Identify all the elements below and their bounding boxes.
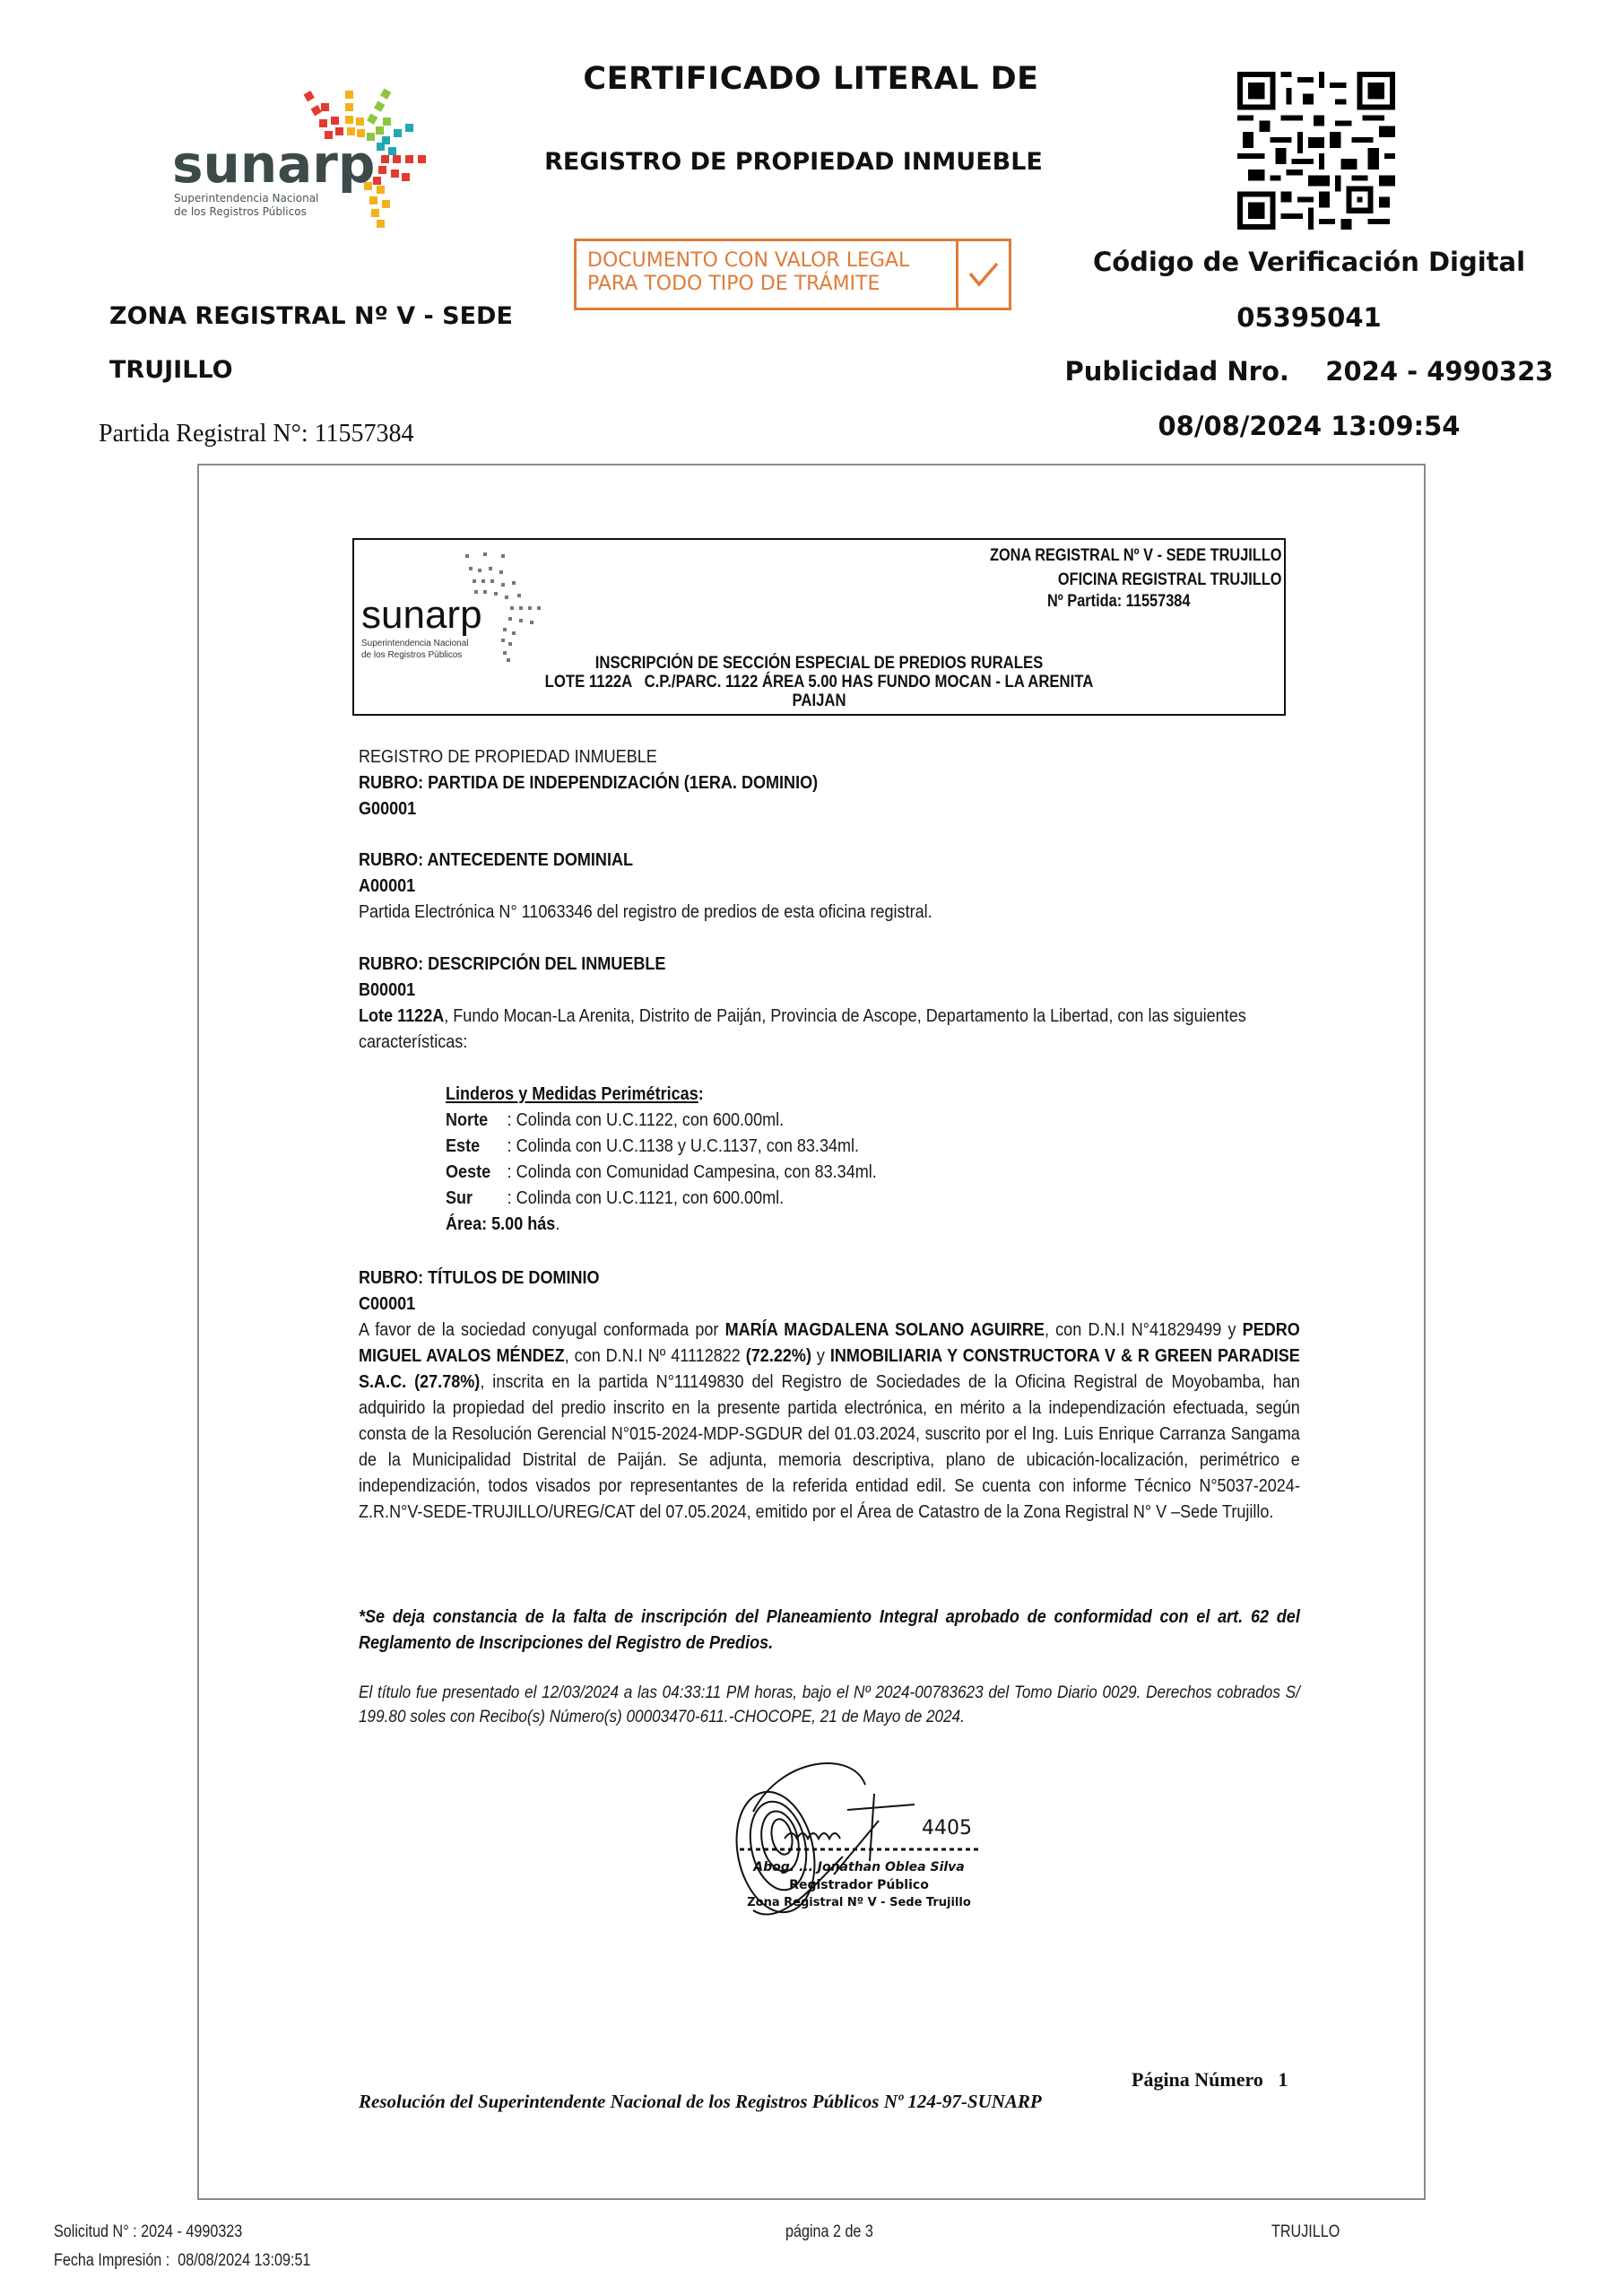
page-number: Página Número 1 xyxy=(1132,2068,1288,2092)
entry-code: G00001 xyxy=(359,796,1300,822)
titulos-section: RUBRO: TÍTULOS DE DOMINIO C00001 A favor… xyxy=(359,1265,1300,1525)
rubro-heading: RUBRO: TÍTULOS DE DOMINIO xyxy=(359,1265,1300,1291)
print-date: Fecha Impresión : 08/08/2024 13:09:51 xyxy=(54,2251,310,2271)
descripcion-text: Lote 1122A, Fundo Mocan-La Arenita, Dist… xyxy=(359,1003,1300,1055)
svg-text:de los Registros Públicos: de los Registros Públicos xyxy=(174,205,307,218)
svg-text:Superintendencia Nacional: Superintendencia Nacional xyxy=(361,639,469,648)
svg-text:Zona Registral Nº V - Sede Tru: Zona Registral Nº V - Sede Trujillo xyxy=(747,1896,971,1909)
lindero-row: Oeste: Colinda con Comunidad Campesina, … xyxy=(446,1159,1235,1185)
linderos-section: Linderos y Medidas Perimétricas: Norte: … xyxy=(446,1081,1253,1237)
zona-registral: ZONA REGISTRAL Nº V - SEDE xyxy=(109,302,513,330)
solicitud-number: Solicitud N° : 2024 - 4990323 xyxy=(54,2222,242,2242)
record-partida-number: Nº Partida: 11557384 xyxy=(1047,592,1190,612)
certificate-subtitle: REGISTRO DE PROPIEDAD INMUEBLE xyxy=(538,148,1049,176)
verification-label: Código de Verificación Digital xyxy=(1058,247,1560,277)
city: TRUJILLO xyxy=(1271,2222,1340,2242)
sunarp-logo: sunarp Superintendencia Nacional de los … xyxy=(170,76,439,229)
svg-text:Registrador Público: Registrador Público xyxy=(789,1878,929,1892)
publicidad-number: Publicidad Nro. 2024 - 4990323 xyxy=(1058,356,1560,387)
record-header-box: sunarp Superintendencia Nacional de los … xyxy=(352,538,1286,716)
constancia-note: *Se deja constancia de la falta de inscr… xyxy=(359,1604,1300,1656)
page-indicator: página 2 de 3 xyxy=(785,2222,873,2242)
badge-text: DOCUMENTO CON VALOR LEGAL PARA TODO TIPO… xyxy=(577,241,956,308)
verification-code: 05395041 xyxy=(1058,302,1560,333)
rubro-heading: RUBRO: PARTIDA DE INDEPENDIZACIÓN (1ERA.… xyxy=(359,770,1300,796)
logo-wordmark: sunarp xyxy=(172,134,375,195)
zona-sede: TRUJILLO xyxy=(109,356,233,384)
qr-code-icon xyxy=(1237,72,1395,230)
lindero-row: Sur: Colinda con U.C.1121, con 600.00ml. xyxy=(446,1185,1235,1211)
entry-code: A00001 xyxy=(359,873,1300,899)
presentacion-note: El título fue presentado el 12/03/2024 a… xyxy=(359,1681,1300,1729)
antecedente-section: RUBRO: ANTECEDENTE DOMINIAL A00001 Parti… xyxy=(359,847,1300,925)
svg-text:sunarp: sunarp xyxy=(361,593,482,637)
rubro-heading: RUBRO: ANTECEDENTE DOMINIAL xyxy=(359,847,1300,873)
registry-section: REGISTRO DE PROPIEDAD INMUEBLE RUBRO: PA… xyxy=(359,744,1300,822)
linderos-title: Linderos y Medidas Perimétricas: xyxy=(446,1081,1235,1107)
lindero-row: Este: Colinda con U.C.1138 y U.C.1137, c… xyxy=(446,1133,1235,1159)
resolution-note: Resolución del Superintendente Nacional … xyxy=(359,2091,1042,2113)
record-title: INSCRIPCIÓN DE SECCIÓN ESPECIAL DE PREDI… xyxy=(410,654,1228,710)
checkmark-icon xyxy=(956,241,1009,308)
rubro-heading: RUBRO: DESCRIPCIÓN DEL INMUEBLE xyxy=(359,951,1300,977)
antecedente-text: Partida Electrónica N° 11063346 del regi… xyxy=(359,899,1300,925)
registrar-signature: 4405 Abog. ... Jonathan Oblea Silva Regi… xyxy=(699,1749,1004,1928)
svg-text:4405: 4405 xyxy=(922,1817,972,1839)
issue-datetime: 08/08/2024 13:09:54 xyxy=(1058,411,1560,441)
svg-text:Abog. ... Jonathan Oblea Silva: Abog. ... Jonathan Oblea Silva xyxy=(752,1860,965,1874)
entry-code: B00001 xyxy=(359,977,1300,1003)
registry-type: REGISTRO DE PROPIEDAD INMUEBLE xyxy=(359,744,1300,770)
legal-value-badge: DOCUMENTO CON VALOR LEGAL PARA TODO TIPO… xyxy=(574,239,1011,310)
area-value: Área: 5.00 hás. xyxy=(446,1211,1235,1237)
sunarp-logo-grayscale: sunarp Superintendencia Nacional de los … xyxy=(360,549,575,665)
record-office: ZONA REGISTRAL Nº V - SEDE TRUJILLO OFIC… xyxy=(990,544,1282,592)
svg-text:Superintendencia Nacional: Superintendencia Nacional xyxy=(174,192,318,204)
titulos-text: A favor de la sociedad conyugal conforma… xyxy=(359,1317,1300,1525)
partida-registral: Partida Registral N°: 11557384 xyxy=(99,420,414,448)
lindero-row: Norte: Colinda con U.C.1122, con 600.00m… xyxy=(446,1107,1235,1133)
descripcion-section: RUBRO: DESCRIPCIÓN DEL INMUEBLE B00001 L… xyxy=(359,951,1300,1055)
entry-code: C00001 xyxy=(359,1291,1300,1317)
